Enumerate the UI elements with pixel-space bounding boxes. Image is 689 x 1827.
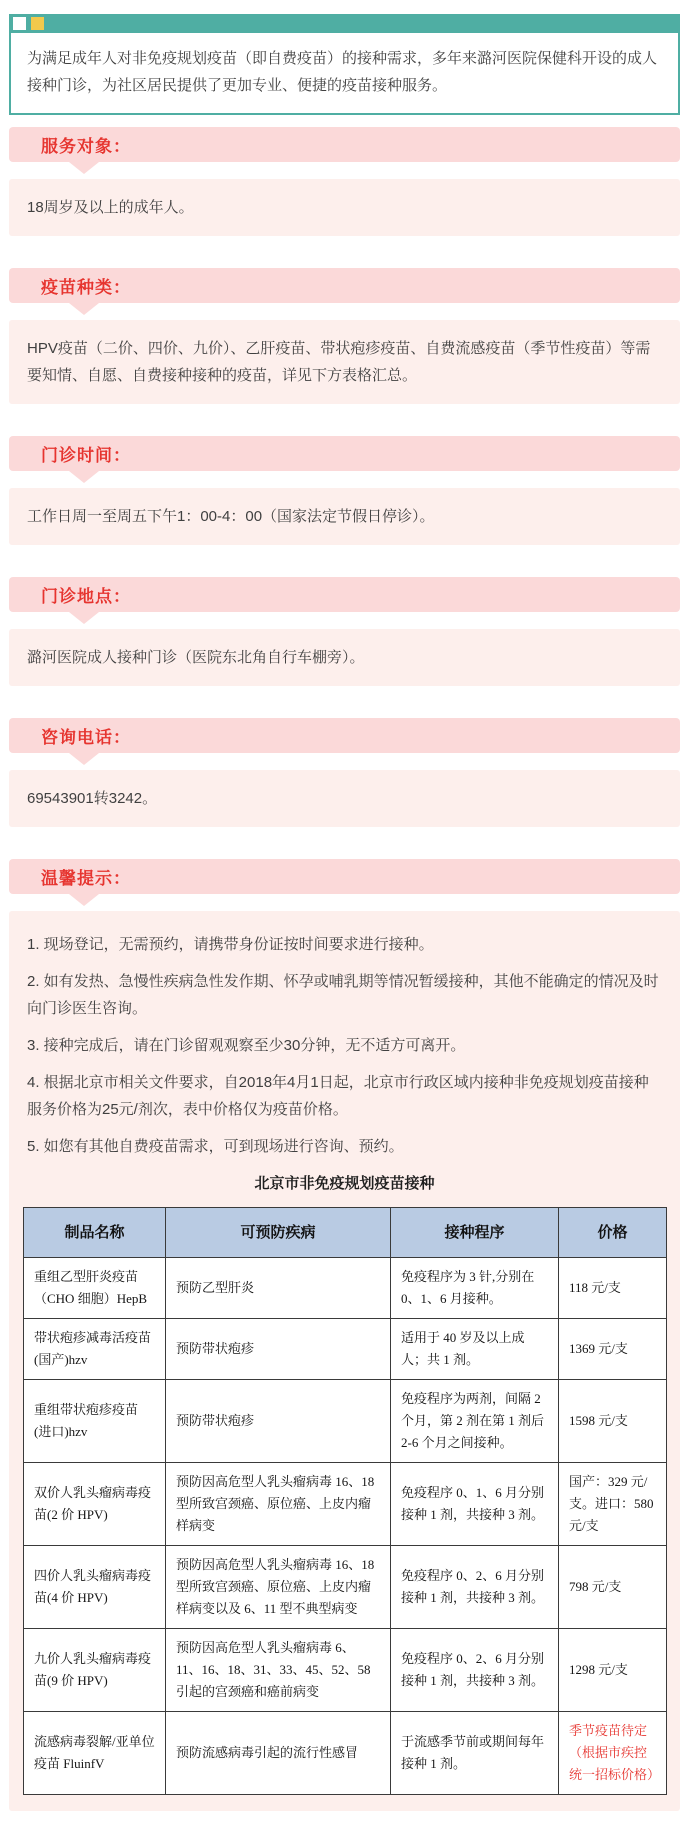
cell-price: 798 元/支 [559,1546,667,1629]
cell-disease: 预防因高危型人乳头瘤病毒 16、18 型所致宫颈癌、原位癌、上皮内瘤样病变以及 … [166,1546,391,1629]
cell-product: 双价人乳头瘤病毒疫苗(2 价 HPV) [24,1463,166,1546]
tips-body: 1. 现场登记，无需预约，请携带身份证按时间要求进行接种。 2. 如有发热、急慢… [9,911,680,1811]
section-title: 服务对象： [41,132,131,157]
cell-schedule: 免疫程序为 3 针,分别在 0、1、6 月接种。 [391,1258,559,1319]
cell-schedule: 免疫程序 0、2、6 月分别接种 1 剂，共接种 3 剂。 [391,1629,559,1712]
header-notch [69,162,99,174]
yellow-square-icon [31,17,44,30]
cell-product: 重组乙型肝炎疫苗（CHO 细胞）HepB [24,1258,166,1319]
section-title: 门诊时间： [41,441,131,466]
header-notch [69,753,99,765]
section-header: 服务对象： [9,127,680,162]
cell-schedule: 于流感季节前或期间每年接种 1 剂。 [391,1712,559,1795]
table-header-row: 制品名称 可预防疾病 接种程序 价格 [24,1208,667,1258]
section-header: 门诊时间： [9,436,680,471]
section-title: 疫苗种类： [41,273,131,298]
intro-block: 为满足成年人对非免疫规划疫苗（即自费疫苗）的接种需求，多年来潞河医院保健科开设的… [9,14,680,115]
column-header-schedule: 接种程序 [391,1208,559,1258]
article-page: 为满足成年人对非免疫规划疫苗（即自费疫苗）的接种需求，多年来潞河医院保健科开设的… [0,0,689,1827]
section-clinic-hours: 门诊时间： 工作日周一至周五下午1：00-4：00（国家法定节假日停诊）。 [9,436,680,545]
cell-schedule: 免疫程序为两剂，间隔 2 个月，第 2 剂在第 1 剂后 2-6 个月之间接种。 [391,1380,559,1463]
cell-disease: 预防带状疱疹 [166,1380,391,1463]
cell-schedule: 适用于 40 岁及以上成人；共 1 剂。 [391,1319,559,1380]
header-notch [69,894,99,906]
column-header-price: 价格 [559,1208,667,1258]
cell-product: 四价人乳头瘤病毒疫苗(4 价 HPV) [24,1546,166,1629]
header-notch [69,612,99,624]
column-header-product: 制品名称 [24,1208,166,1258]
table-title: 北京市非免疫规划疫苗接种 [23,1170,666,1197]
cell-price: 118 元/支 [559,1258,667,1319]
cell-disease: 预防因高危型人乳头瘤病毒 6、11、16、18、31、33、45、52、58 引… [166,1629,391,1712]
section-title: 咨询电话： [41,723,131,748]
header-notch [69,471,99,483]
section-clinic-location: 门诊地点： 潞河医院成人接种门诊（医院东北角自行车棚旁）。 [9,577,680,686]
section-title: 门诊地点： [41,582,131,607]
phone-number-text: 69543901转3242。 [9,770,680,827]
section-title: 温馨提示： [41,864,131,889]
table-row: 流感病毒裂解/亚单位疫苗 FluinfV 预防流感病毒引起的流行性感冒 于流感季… [24,1712,667,1795]
cell-product: 九价人乳头瘤病毒疫苗(9 价 HPV) [24,1629,166,1712]
section-service-target: 服务对象： 18周岁及以上的成年人。 [9,127,680,236]
section-header: 温馨提示： [9,859,680,894]
table-row: 九价人乳头瘤病毒疫苗(9 价 HPV) 预防因高危型人乳头瘤病毒 6、11、16… [24,1629,667,1712]
cell-price: 1598 元/支 [559,1380,667,1463]
section-vaccine-types: 疫苗种类： HPV疫苗（二价、四价、九价）、乙肝疫苗、带状疱疹疫苗、自费流感疫苗… [9,268,680,404]
cell-schedule: 免疫程序 0、2、6 月分别接种 1 剂，共接种 3 剂。 [391,1546,559,1629]
cell-price: 1369 元/支 [559,1319,667,1380]
cell-disease: 预防因高危型人乳头瘤病毒 16、18 型所致宫颈癌、原位癌、上皮内瘤样病变 [166,1463,391,1546]
section-body-text: 工作日周一至周五下午1：00-4：00（国家法定节假日停诊）。 [9,488,680,545]
section-header: 咨询电话： [9,718,680,753]
table-row: 重组乙型肝炎疫苗（CHO 细胞）HepB 预防乙型肝炎 免疫程序为 3 针,分别… [24,1258,667,1319]
cell-product: 流感病毒裂解/亚单位疫苗 FluinfV [24,1712,166,1795]
cell-price: 1298 元/支 [559,1629,667,1712]
header-notch [69,303,99,315]
cell-price-pending: 季节疫苗待定（根据市疾控统一招标价格） [559,1712,667,1795]
cell-schedule: 免疫程序 0、1、6 月分别接种 1 剂，共接种 3 剂。 [391,1463,559,1546]
column-header-disease: 可预防疾病 [166,1208,391,1258]
tip-item: 5. 如您有其他自费疫苗需求，可到现场进行咨询、预约。 [27,1133,662,1160]
table-row: 带状疱疹减毒活疫苗(国产)hzv 预防带状疱疹 适用于 40 岁及以上成人；共 … [24,1319,667,1380]
section-tips: 温馨提示： 1. 现场登记，无需预约，请携带身份证按时间要求进行接种。 2. 如… [9,859,680,1811]
table-row: 重组带状疱疹疫苗(进口)hzv 预防带状疱疹 免疫程序为两剂，间隔 2 个月，第… [24,1380,667,1463]
cell-disease: 预防流感病毒引起的流行性感冒 [166,1712,391,1795]
white-square-icon [13,17,26,30]
tip-item: 2. 如有发热、急慢性疾病急性发作期、怀孕或哺乳期等情况暂缓接种，其他不能确定的… [27,968,662,1022]
tip-item: 3. 接种完成后，请在门诊留观观察至少30分钟，无不适方可离开。 [27,1032,662,1059]
cell-disease: 预防带状疱疹 [166,1319,391,1380]
tip-item: 1. 现场登记，无需预约，请携带身份证按时间要求进行接种。 [27,931,662,958]
cell-product: 重组带状疱疹疫苗(进口)hzv [24,1380,166,1463]
section-body-text: HPV疫苗（二价、四价、九价）、乙肝疫苗、带状疱疹疫苗、自费流感疫苗（季节性疫苗… [9,320,680,404]
tip-item: 4. 根据北京市相关文件要求，自2018年4月1日起，北京市行政区域内接种非免疫… [27,1069,662,1123]
intro-text: 为满足成年人对非免疫规划疫苗（即自费疫苗）的接种需求，多年来潞河医院保健科开设的… [9,33,680,115]
section-header: 疫苗种类： [9,268,680,303]
cell-price: 国产：329 元/支。进口：580 元/支 [559,1463,667,1546]
top-accent-bar [9,14,680,33]
table-row: 四价人乳头瘤病毒疫苗(4 价 HPV) 预防因高危型人乳头瘤病毒 16、18 型… [24,1546,667,1629]
section-header: 门诊地点： [9,577,680,612]
section-phone: 咨询电话： 69543901转3242。 [9,718,680,827]
cell-product: 带状疱疹减毒活疫苗(国产)hzv [24,1319,166,1380]
table-row: 双价人乳头瘤病毒疫苗(2 价 HPV) 预防因高危型人乳头瘤病毒 16、18 型… [24,1463,667,1546]
section-body-text: 18周岁及以上的成年人。 [9,179,680,236]
vaccine-table: 制品名称 可预防疾病 接种程序 价格 重组乙型肝炎疫苗（CHO 细胞）HepB … [23,1207,667,1795]
section-body-text: 潞河医院成人接种门诊（医院东北角自行车棚旁）。 [9,629,680,686]
cell-disease: 预防乙型肝炎 [166,1258,391,1319]
